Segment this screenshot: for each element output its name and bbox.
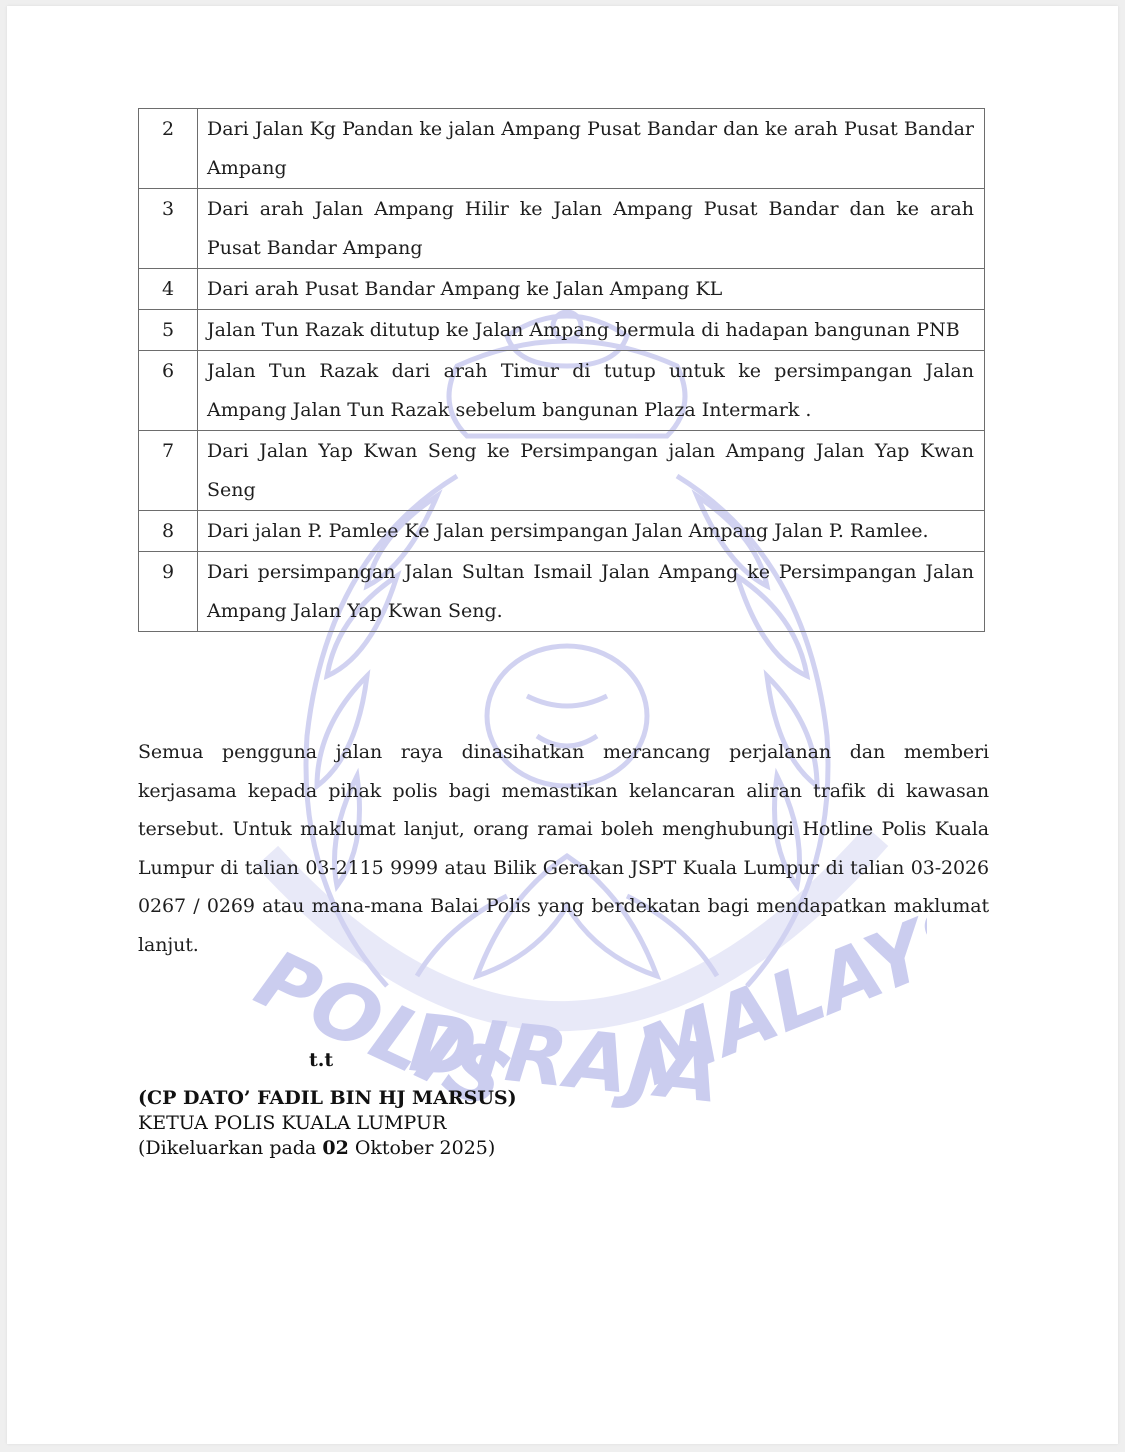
route-description: Dari persimpangan Jalan Sultan Ismail Ja…	[198, 552, 985, 632]
table-row: 9Dari persimpangan Jalan Sultan Ismail J…	[139, 552, 985, 632]
table-row: 6Jalan Tun Razak dari arah Timur di tutu…	[139, 351, 985, 431]
row-number: 5	[139, 310, 198, 351]
signatory-name: (CP DATO’ FADIL BIN HJ MARSUS)	[138, 1086, 517, 1110]
route-description: Dari Jalan Kg Pandan ke jalan Ampang Pus…	[198, 109, 985, 189]
route-description: Jalan Tun Razak dari arah Timur di tutup…	[198, 351, 985, 431]
signature-tt: t.t	[309, 1048, 333, 1072]
route-description: Dari jalan P. Pamlee Ke Jalan persimpang…	[198, 511, 985, 552]
row-number: 9	[139, 552, 198, 632]
table-row: 2Dari Jalan Kg Pandan ke jalan Ampang Pu…	[139, 109, 985, 189]
table-row: 4Dari arah Pusat Bandar Ampang ke Jalan …	[139, 269, 985, 310]
route-description: Jalan Tun Razak ditutup ke Jalan Ampang …	[198, 310, 985, 351]
issued-suffix: Oktober 2025)	[349, 1137, 496, 1159]
route-description: Dari arah Jalan Ampang Hilir ke Jalan Am…	[198, 189, 985, 269]
table-row: 3Dari arah Jalan Ampang Hilir ke Jalan A…	[139, 189, 985, 269]
table-row: 5Jalan Tun Razak ditutup ke Jalan Ampang…	[139, 310, 985, 351]
row-number: 4	[139, 269, 198, 310]
route-description: Dari arah Pusat Bandar Ampang ke Jalan A…	[198, 269, 985, 310]
signatory-title: KETUA POLIS KUALA LUMPUR	[138, 1111, 446, 1135]
table-row: 8Dari jalan P. Pamlee Ke Jalan persimpan…	[139, 511, 985, 552]
advisory-paragraph: Semua pengguna jalan raya dinasihatkan m…	[138, 733, 989, 964]
row-number: 2	[139, 109, 198, 189]
route-description: Dari Jalan Yap Kwan Seng ke Persimpangan…	[198, 431, 985, 511]
row-number: 6	[139, 351, 198, 431]
table-row: 7Dari Jalan Yap Kwan Seng ke Persimpanga…	[139, 431, 985, 511]
row-number: 7	[139, 431, 198, 511]
row-number: 8	[139, 511, 198, 552]
issued-date: (Dikeluarkan pada 02 Oktober 2025)	[138, 1136, 495, 1160]
document-page: POLIS DIRAJA MALAYSIA 2Dari Jalan Kg Pan…	[7, 6, 1118, 1444]
road-closure-table: 2Dari Jalan Kg Pandan ke jalan Ampang Pu…	[138, 108, 985, 632]
issued-day: 02	[322, 1137, 348, 1159]
issued-prefix: (Dikeluarkan pada	[138, 1137, 322, 1159]
row-number: 3	[139, 189, 198, 269]
